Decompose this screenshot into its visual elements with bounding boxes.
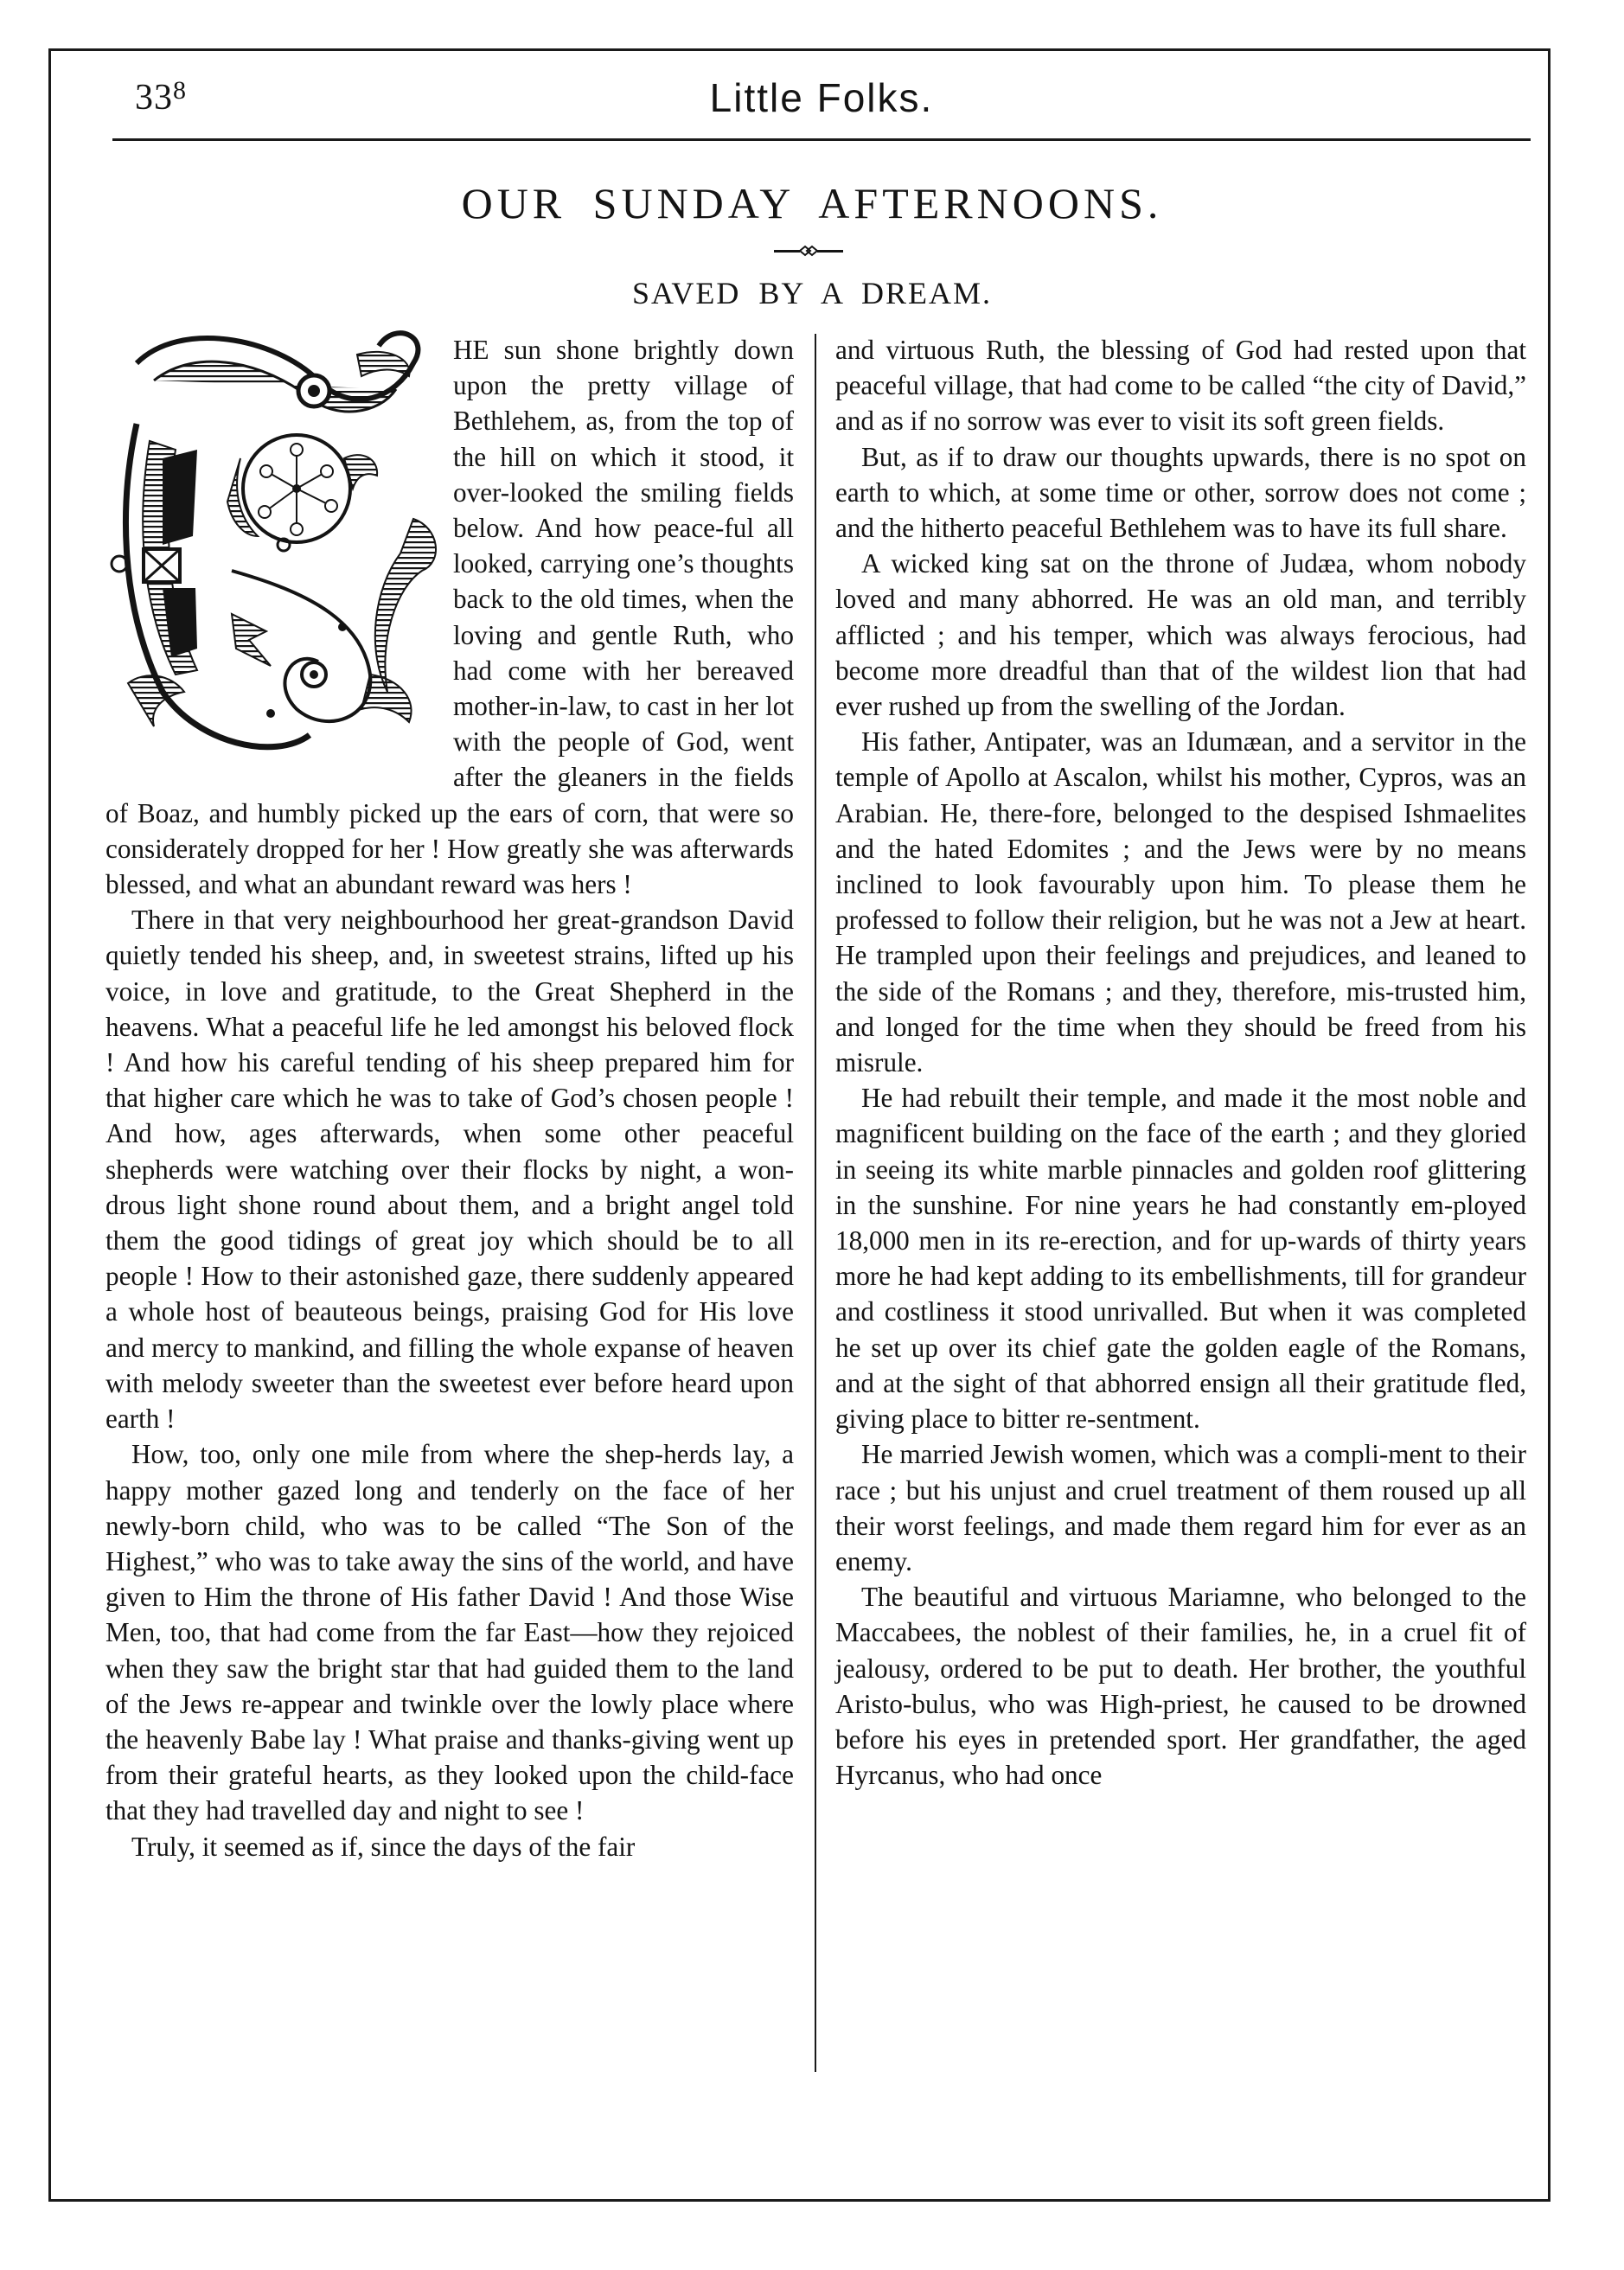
paragraph: He had rebuilt their temple, and made it…: [835, 1080, 1526, 1436]
left-column: HE sun shone brightly down upon the pret…: [105, 332, 794, 1864]
ornament-divider-icon: [774, 245, 843, 257]
paragraph: His father, Antipater, was an Idumæan, a…: [835, 724, 1526, 1080]
dropcap-continuation: HE sun shone brightly down: [453, 335, 794, 365]
paragraph: A wicked king sat on the throne of Judæa…: [835, 546, 1526, 724]
paragraph: Truly, it seemed as if, since the days o…: [105, 1829, 794, 1864]
right-column: and virtuous Ruth, the blessing of God h…: [835, 332, 1526, 1793]
article-title: SAVED BY A DREAM.: [0, 275, 1624, 311]
paragraph: and virtuous Ruth, the blessing of God h…: [835, 332, 1526, 439]
paragraph: There in that very neighbourhood her gre…: [105, 902, 794, 1436]
illuminated-initial-t-icon: [102, 329, 448, 761]
section-title: OUR SUNDAY AFTERNOONS.: [0, 178, 1624, 228]
journal-title: Little Folks.: [112, 74, 1531, 121]
header-rule: [112, 138, 1531, 141]
paragraph: But, as if to draw our thoughts upwards,…: [835, 439, 1526, 547]
column-divider: [815, 334, 816, 2072]
paragraph: He married Jewish women, which was a com…: [835, 1436, 1526, 1579]
running-head: 338 Little Folks.: [112, 74, 1531, 137]
paragraph: How, too, only one mile from where the s…: [105, 1436, 794, 1828]
paragraph: The beautiful and virtuous Mariamne, who…: [835, 1579, 1526, 1793]
